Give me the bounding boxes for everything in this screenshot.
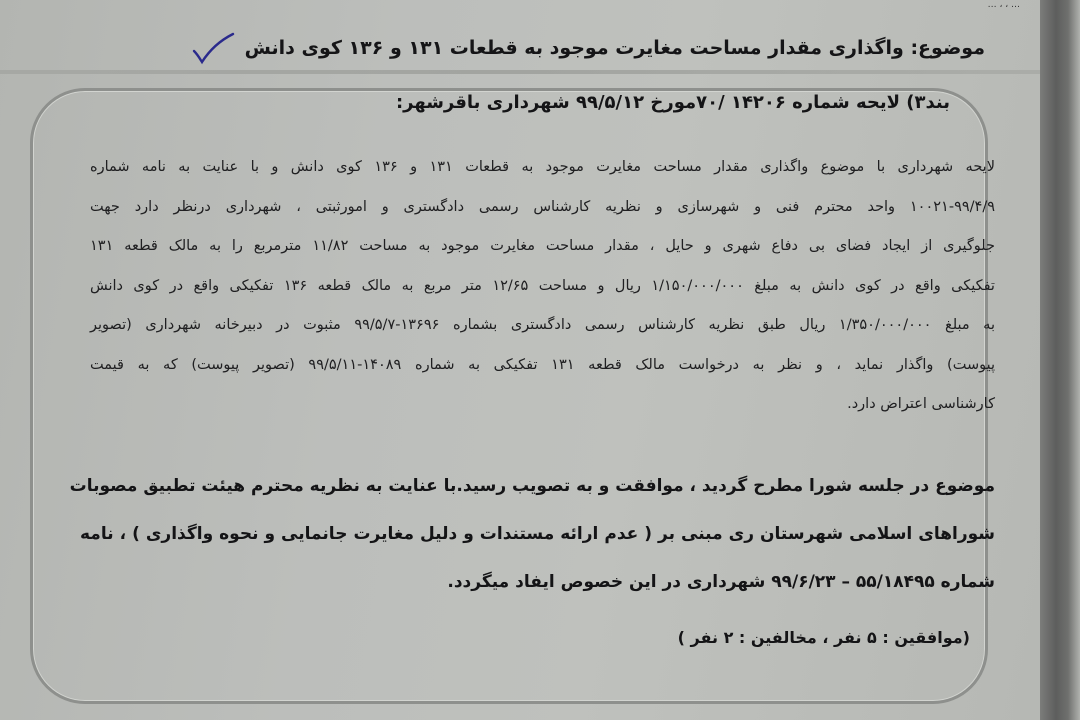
body-line: لایحه شهرداری با موضوع واگذاری مقدار مسا…	[90, 148, 995, 188]
body-line: تفکیکی واقع در کوی دانش به مبلغ ۱/۱۵۰/۰۰…	[90, 267, 995, 307]
body-line: جلوگیری از ایجاد فضای بی دفاع شهری و حای…	[90, 227, 995, 267]
cut-off-top-text: … ، ، …	[640, 0, 1020, 8]
clause-body: لایحه شهرداری با موضوع واگذاری مقدار مسا…	[90, 148, 995, 425]
resolution-line: شوراهای اسلامی شهرستان ری مبنی بر ( عدم …	[80, 510, 995, 558]
clause-title: بند۳) لایحه شماره ۱۴۲۰۶ /۷۰مورخ ۹۹/۵/۱۲ …	[396, 92, 950, 113]
body-line: به مبلغ ۱/۳۵۰/۰۰۰/۰۰۰ ریال طبق نظریه کار…	[90, 306, 995, 346]
body-line: پیوست) واگذار نماید ، و نظر به درخواست م…	[90, 346, 995, 386]
binder-spine	[1040, 0, 1080, 720]
body-line: کارشناسی اعتراض دارد.	[90, 385, 995, 425]
body-line: ۱۰۰۲۱-۹۹/۴/۹ واحد محترم فنی و شهرسازی و …	[90, 188, 995, 228]
vote-tally: (موافقین : ۵ نفر ، مخالفین : ۲ نفر )	[678, 628, 970, 647]
council-resolution: موضوع در جلسه شورا مطرح گردید ، موافقت و…	[80, 462, 995, 606]
subject-heading: موضوع: واگذاری مقدار مساحت مغایرت موجود …	[245, 37, 985, 59]
resolution-line: موضوع در جلسه شورا مطرح گردید ، موافقت و…	[80, 462, 995, 510]
subject-row: موضوع: واگذاری مقدار مساحت مغایرت موجود …	[191, 28, 985, 68]
check-mark-icon	[191, 31, 235, 65]
subject-divider	[0, 70, 1040, 74]
resolution-line: شماره ۵۵/۱۸۴۹۵ – ۹۹/۶/۲۳ شهرداری در این …	[80, 558, 995, 606]
